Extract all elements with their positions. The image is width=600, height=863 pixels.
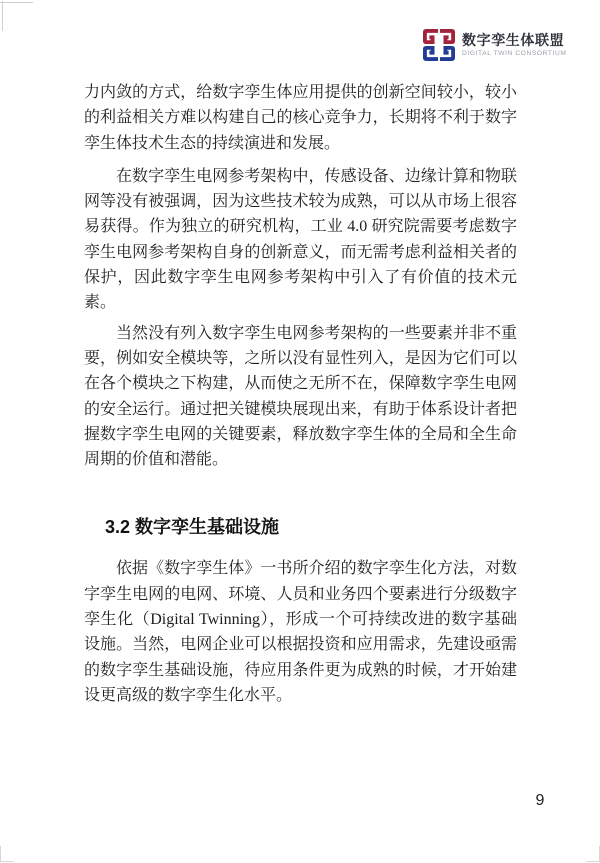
scan-corner-mark-bottom-right <box>587 846 600 862</box>
page-number: 9 <box>528 792 552 810</box>
scan-corner-mark-bottom-left <box>0 846 13 862</box>
logo-quadrant-top-left <box>425 31 438 42</box>
paragraph: 依据《数字孪生体》一书所介绍的数字孪生化方法，对数字孪生电网的电网、环境、人员和… <box>84 556 517 708</box>
document-body: 力内敛的方式，给数字孪生体应用提供的创新空间较小，较小的利益相关方难以构建自己的… <box>84 80 517 708</box>
paragraph: 力内敛的方式，给数字孪生体应用提供的创新空间较小，较小的利益相关方难以构建自己的… <box>84 80 517 156</box>
paragraph: 当然没有列入数字孪生电网参考架构的一些要素并非不重要，例如安全模块等，之所以没有… <box>84 321 517 473</box>
logo: 数字孪生体联盟 DIGITAL TWIN CONSORTIUM <box>423 29 567 61</box>
scan-corner-mark-top-left <box>0 2 33 30</box>
dtc-logo-icon <box>423 29 455 61</box>
document-page: 数字孪生体联盟 DIGITAL TWIN CONSORTIUM 力内敛的方式，给… <box>0 0 600 863</box>
paragraph: 在数字孪生电网参考架构中，传感设备、边缘计算和物联网等没有被强调，因为这些技术较… <box>84 164 517 316</box>
logo-quadrant-bottom-right <box>440 48 453 59</box>
logo-quadrant-bottom-left <box>425 48 438 59</box>
logo-name-zh: 数字孪生体联盟 <box>462 32 567 49</box>
logo-text: 数字孪生体联盟 DIGITAL TWIN CONSORTIUM <box>462 32 567 58</box>
section-heading: 3.2 数字孪生基础设施 <box>105 515 517 540</box>
logo-quadrant-top-right <box>440 31 453 42</box>
logo-name-en: DIGITAL TWIN CONSORTIUM <box>462 49 567 58</box>
